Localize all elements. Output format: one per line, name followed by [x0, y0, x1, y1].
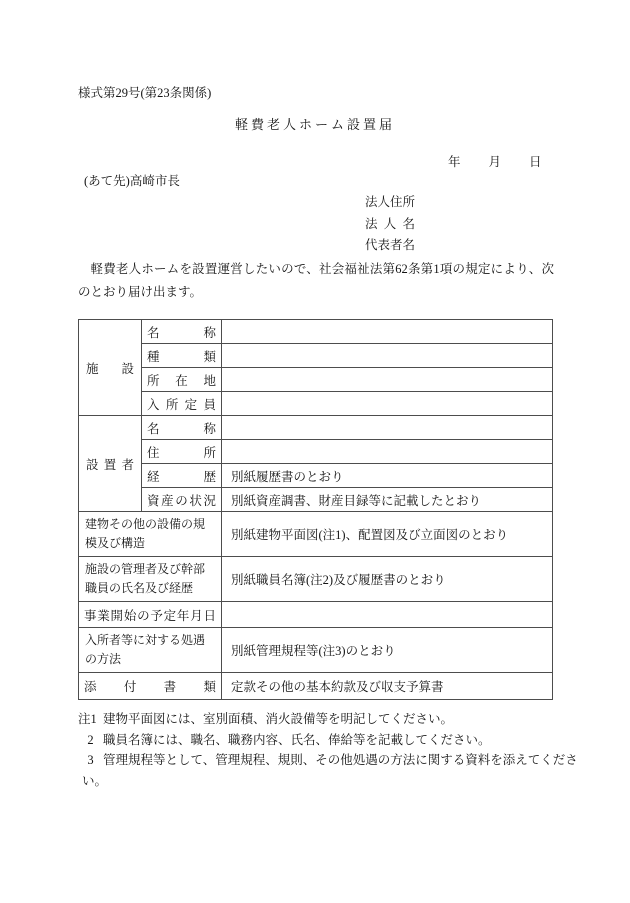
founder-assets-label: 資産の状況 — [142, 488, 222, 512]
building-scale-value: 別紙建物平面図(注1)、配置図及び立面図のとおり — [222, 512, 553, 557]
attachments-label: 添付書類 — [79, 673, 222, 700]
application-table: 施設 名称 種類 所在地 入所定員 設置者 名称 住所 — [78, 319, 553, 700]
facility-location-value — [222, 368, 553, 392]
founder-history-value: 別紙履歴書のとおり — [222, 464, 553, 488]
building-scale-label: 建物その他の設備の規模及び構造 — [79, 512, 222, 557]
facility-type-label: 種類 — [142, 344, 222, 368]
footnote-1: 注1 建物平面図には、室別面積、消火設備等を明記してください。 — [78, 709, 578, 730]
footnote-3-marker: 3 — [78, 750, 103, 771]
corp-representative-label: 代表者名 — [365, 235, 415, 257]
founder-name-label: 名称 — [142, 416, 222, 440]
footnotes: 注1 建物平面図には、室別面積、消火設備等を明記してください。 2 職員名簿には… — [78, 709, 578, 791]
manager-staff-label: 施設の管理者及び幹部職員の氏名及び経歴 — [79, 557, 222, 602]
footnote-2-marker: 2 — [78, 730, 103, 751]
form-title: 軽費老人ホーム設置届 — [0, 114, 630, 133]
footnote-3: 3 管理規程等として、管理規程、規則、その他処遇の方法に関する資料を添えてくださ… — [78, 750, 578, 791]
footnote-3-text-line2: い。 — [82, 771, 578, 792]
corp-name-label: 法人名 — [365, 214, 415, 236]
facility-group-label: 施設 — [79, 320, 142, 416]
founder-group-label: 設置者 — [79, 416, 142, 512]
footnote-3-text-line1: 管理規程等として、管理規程、規則、その他処遇の方法に関する資料を添えてくださ — [103, 750, 578, 771]
founder-name-value — [222, 416, 553, 440]
date-line: 年 月 日 — [448, 152, 542, 170]
date-day-label: 日 — [529, 152, 542, 170]
footnote-2: 2 職員名簿には、職名、職務内容、氏名、俸給等を記載してください。 — [78, 730, 578, 751]
corporate-info: 法人住所 法人名 代表者名 — [365, 192, 415, 257]
addressee: (あて先)高崎市長 — [84, 171, 180, 189]
facility-location-label: 所在地 — [142, 368, 222, 392]
manager-staff-value: 別紙職員名簿(注2)及び履歴書のとおり — [222, 557, 553, 602]
facility-capacity-value — [222, 392, 553, 416]
facility-capacity-label: 入所定員 — [142, 392, 222, 416]
date-year-label: 年 — [448, 152, 461, 170]
start-date-label: 事業開始の予定年月日 — [79, 602, 222, 628]
founder-address-value — [222, 440, 553, 464]
resident-treatment-value: 別紙管理規程等(注3)のとおり — [222, 628, 553, 673]
facility-name-value — [222, 320, 553, 344]
founder-address-label: 住所 — [142, 440, 222, 464]
start-date-value — [222, 602, 553, 628]
footnote-1-marker: 注1 — [78, 709, 103, 730]
corp-address-label: 法人住所 — [365, 192, 415, 214]
form-page: 様式第29号(第23条関係) 軽費老人ホーム設置届 年 月 日 (あて先)高崎市… — [0, 0, 630, 903]
founder-history-label: 経歴 — [142, 464, 222, 488]
facility-type-value — [222, 344, 553, 368]
facility-name-label: 名称 — [142, 320, 222, 344]
attachments-value: 定款その他の基本約款及び収支予算書 — [222, 673, 553, 700]
resident-treatment-label: 入所者等に対する処遇の方法 — [79, 628, 222, 673]
footnote-1-text: 建物平面図には、室別面積、消火設備等を明記してください。 — [103, 709, 453, 730]
founder-assets-value: 別紙資産調書、財産目録等に記載したとおり — [222, 488, 553, 512]
date-month-label: 月 — [489, 152, 502, 170]
footnote-2-text: 職員名簿には、職名、職務内容、氏名、俸給等を記載してください。 — [103, 730, 491, 751]
body-paragraph: 軽費老人ホームを設置運営したいので、社会福祉法第62条第1項の規定により、次のと… — [78, 258, 554, 303]
doc-number: 様式第29号(第23条関係) — [78, 83, 211, 101]
